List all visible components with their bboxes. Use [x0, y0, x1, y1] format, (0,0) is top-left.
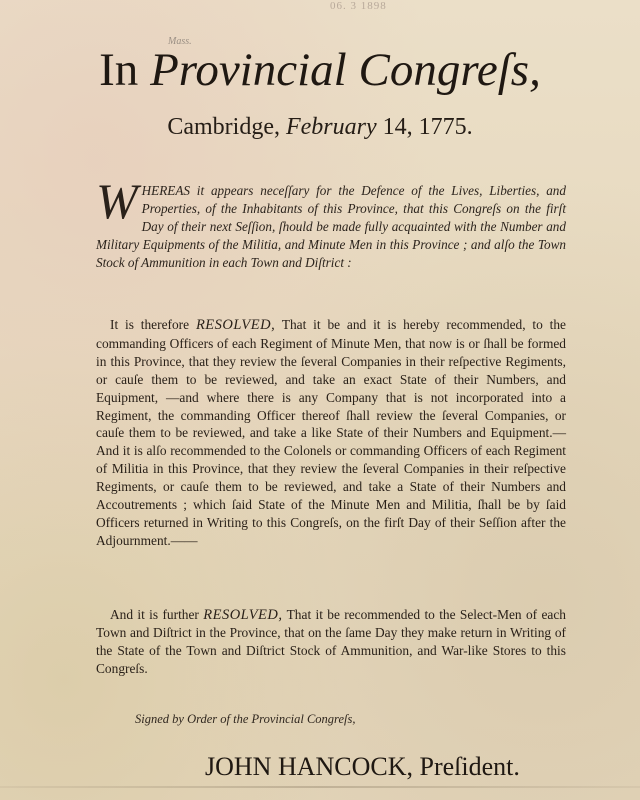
document-title: In Provincial Congreſs,	[0, 42, 640, 98]
resolution1-text: That it be and it is hereby recommended,…	[96, 317, 566, 548]
signature-block: JOHN HANCOCK, Preſident.	[205, 752, 520, 782]
resolution1-keyword: RESOLVED,	[196, 317, 275, 333]
signed-by-line: Signed by Order of the Provincial Congre…	[135, 712, 355, 727]
signature-name: JOHN HANCOCK,	[205, 752, 413, 781]
first-resolution: It is therefore RESOLVED, That it be and…	[96, 316, 566, 550]
dateline-day-year: 14, 1775.	[383, 114, 473, 140]
resolution1-lead: It is therefore	[110, 317, 189, 332]
archive-stamp: 06. 3 1898	[330, 0, 387, 12]
whereas-preamble: WHEREAS it appears neceſſary for the Def…	[96, 182, 566, 272]
title-roman: In	[99, 44, 138, 96]
dateline-month: February	[286, 114, 377, 140]
whereas-text: HEREAS it appears neceſſary for the Defe…	[96, 183, 566, 270]
signature-title: Preſident.	[420, 752, 520, 781]
second-resolution: And it is further RESOLVED, That it be r…	[96, 606, 566, 678]
dateline-place: Cambridge,	[167, 114, 280, 140]
resolution2-lead: And it is further	[110, 607, 199, 622]
broadside-page: 06. 3 1898 Mass. In Provincial Congreſs,…	[0, 0, 640, 800]
dateline: Cambridge, February 14, 1775.	[0, 112, 640, 142]
resolution2-keyword: RESOLVED,	[203, 607, 282, 623]
drop-cap: W	[96, 180, 138, 222]
title-italic: Provincial Congreſs,	[150, 44, 541, 96]
paper-fold-crease	[0, 786, 640, 788]
